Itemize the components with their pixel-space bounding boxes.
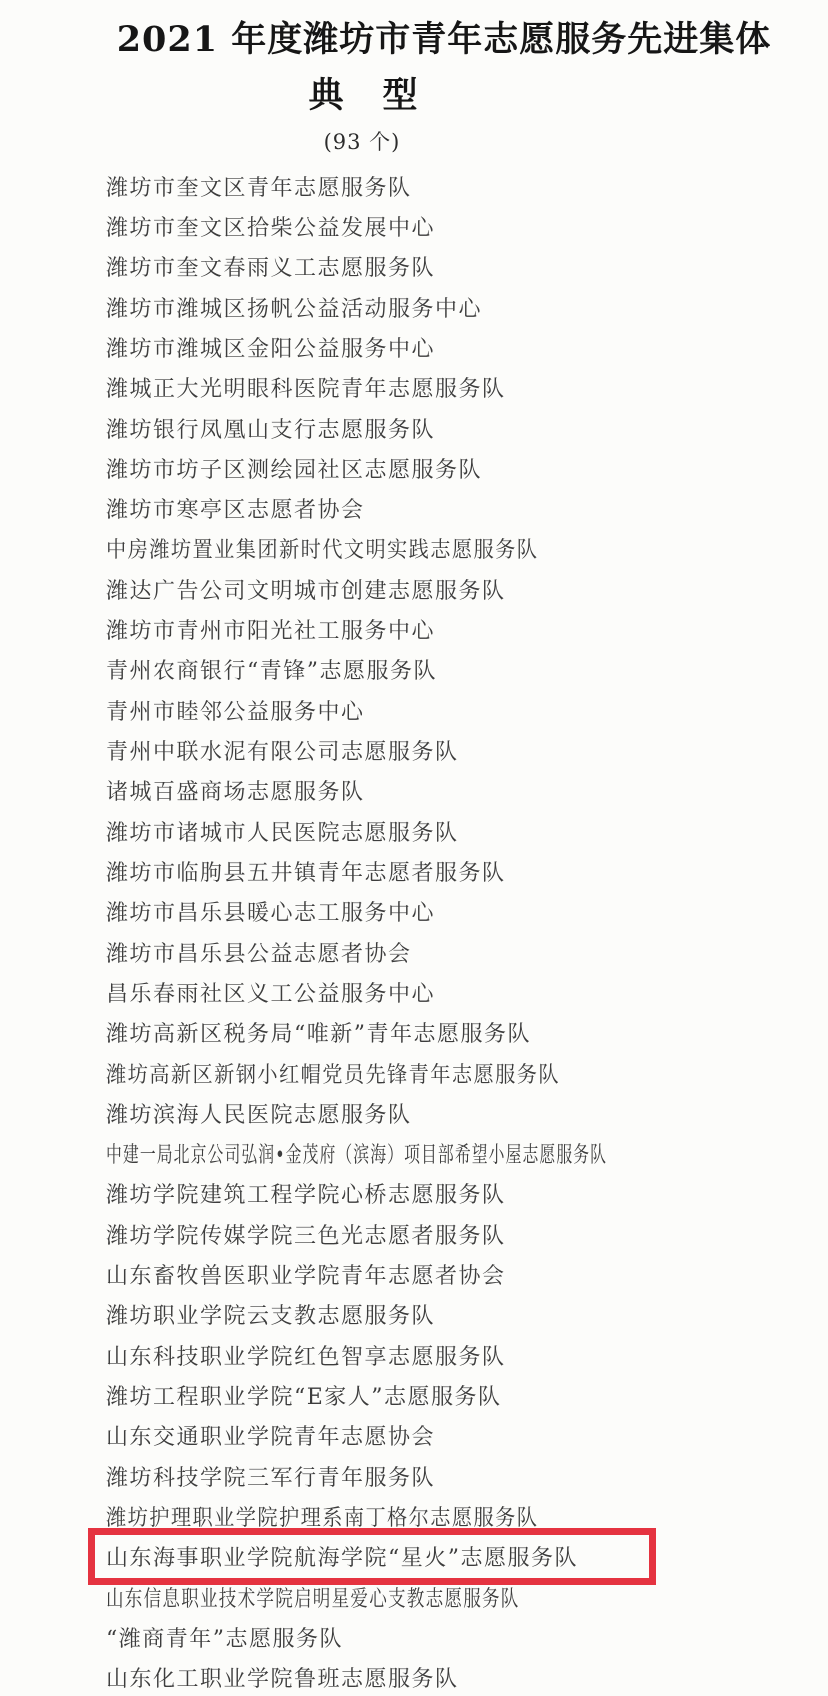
list-item: 潍坊银行凤凰山支行志愿服务队 [106,408,806,448]
list-item: 潍坊高新区税务局“唯新”青年志愿服务队 [106,1013,806,1053]
list-item: 潍坊滨海人民医院志愿服务队 [106,1093,806,1133]
list-item: 山东科技职业学院红色智享志愿服务队 [106,1335,806,1375]
list-item: 潍坊市坊子区测绘园社区志愿服务队 [106,448,806,488]
list-item: 潍坊工程职业学院“E家人”志愿服务队 [106,1375,806,1415]
list-item: 中建一局北京公司弘润•金茂府（滨海）项目部希望小屋志愿服务队 [106,1134,806,1174]
list-item: 山东信息职业技术学院启明星爱心支教志愿服务队 [106,1577,806,1617]
list-item: 青州中联水泥有限公司志愿服务队 [106,730,806,770]
list-item: 潍城正大光明眼科医院青年志愿服务队 [106,368,806,408]
list-item: 潍坊市昌乐县暖心志工服务中心 [106,892,806,932]
list-item: 山东畜牧兽医职业学院青年志愿者协会 [106,1254,806,1294]
count-note: (93 个) [0,126,828,156]
list-item: 潍坊职业学院云支教志愿服务队 [106,1295,806,1335]
list-item: “潍商青年”志愿服务队 [106,1617,806,1657]
list-item: 潍坊市昌乐县公益志愿者协会 [106,932,806,972]
list-item: 潍坊市奎文春雨义工志愿服务队 [106,247,806,287]
list-item: 潍坊科技学院三军行青年服务队 [106,1456,806,1496]
list-item: 潍坊市奎文区青年志愿服务队 [106,166,806,206]
document-header: 2021 年度潍坊市青年志愿服务先进集体 典 型 (93 个) [0,0,828,156]
award-list: 潍坊市奎文区青年志愿服务队 潍坊市奎文区拾柴公益发展中心 潍坊市奎文春雨义工志愿… [106,166,806,1696]
list-item: 诸城百盛商场志愿服务队 [106,771,806,811]
list-item: 潍坊护理职业学院护理系南丁格尔志愿服务队 [106,1496,806,1536]
list-item-highlighted: 山东海事职业学院航海学院“星火”志愿服务队 [106,1537,806,1577]
page-subtitle: 典 型 [0,68,828,118]
list-item: 山东交通职业学院青年志愿协会 [106,1416,806,1456]
scanned-document-page: 2021 年度潍坊市青年志愿服务先进集体 典 型 (93 个) 潍坊市奎文区青年… [0,0,828,1696]
list-item: 青州农商银行“青锋”志愿服务队 [106,650,806,690]
list-item: 潍坊市寒亭区志愿者协会 [106,489,806,529]
list-item: 昌乐春雨社区义工公益服务中心 [106,972,806,1012]
list-item: 潍坊市奎文区拾柴公益发展中心 [106,206,806,246]
list-item: 潍坊市临朐县五井镇青年志愿者服务队 [106,851,806,891]
list-item: 潍坊高新区新钢小红帽党员先锋青年志愿服务队 [106,1053,806,1093]
list-item: 潍坊学院建筑工程学院心桥志愿服务队 [106,1174,806,1214]
list-item: 潍坊学院传媒学院三色光志愿者服务队 [106,1214,806,1254]
list-item: 潍坊市潍城区金阳公益服务中心 [106,327,806,367]
list-item: 山东化工职业学院鲁班志愿服务队 [106,1658,806,1696]
list-item: 青州市睦邻公益服务中心 [106,690,806,730]
list-item: 中房潍坊置业集团新时代文明实践志愿服务队 [106,529,806,569]
list-item: 潍达广告公司文明城市创建志愿服务队 [106,569,806,609]
list-item: 潍坊市青州市阳光社工服务中心 [106,609,806,649]
list-item: 潍坊市潍城区扬帆公益活动服务中心 [106,287,806,327]
list-item: 潍坊市诸城市人民医院志愿服务队 [106,811,806,851]
page-title: 2021 年度潍坊市青年志愿服务先进集体 [60,12,828,62]
